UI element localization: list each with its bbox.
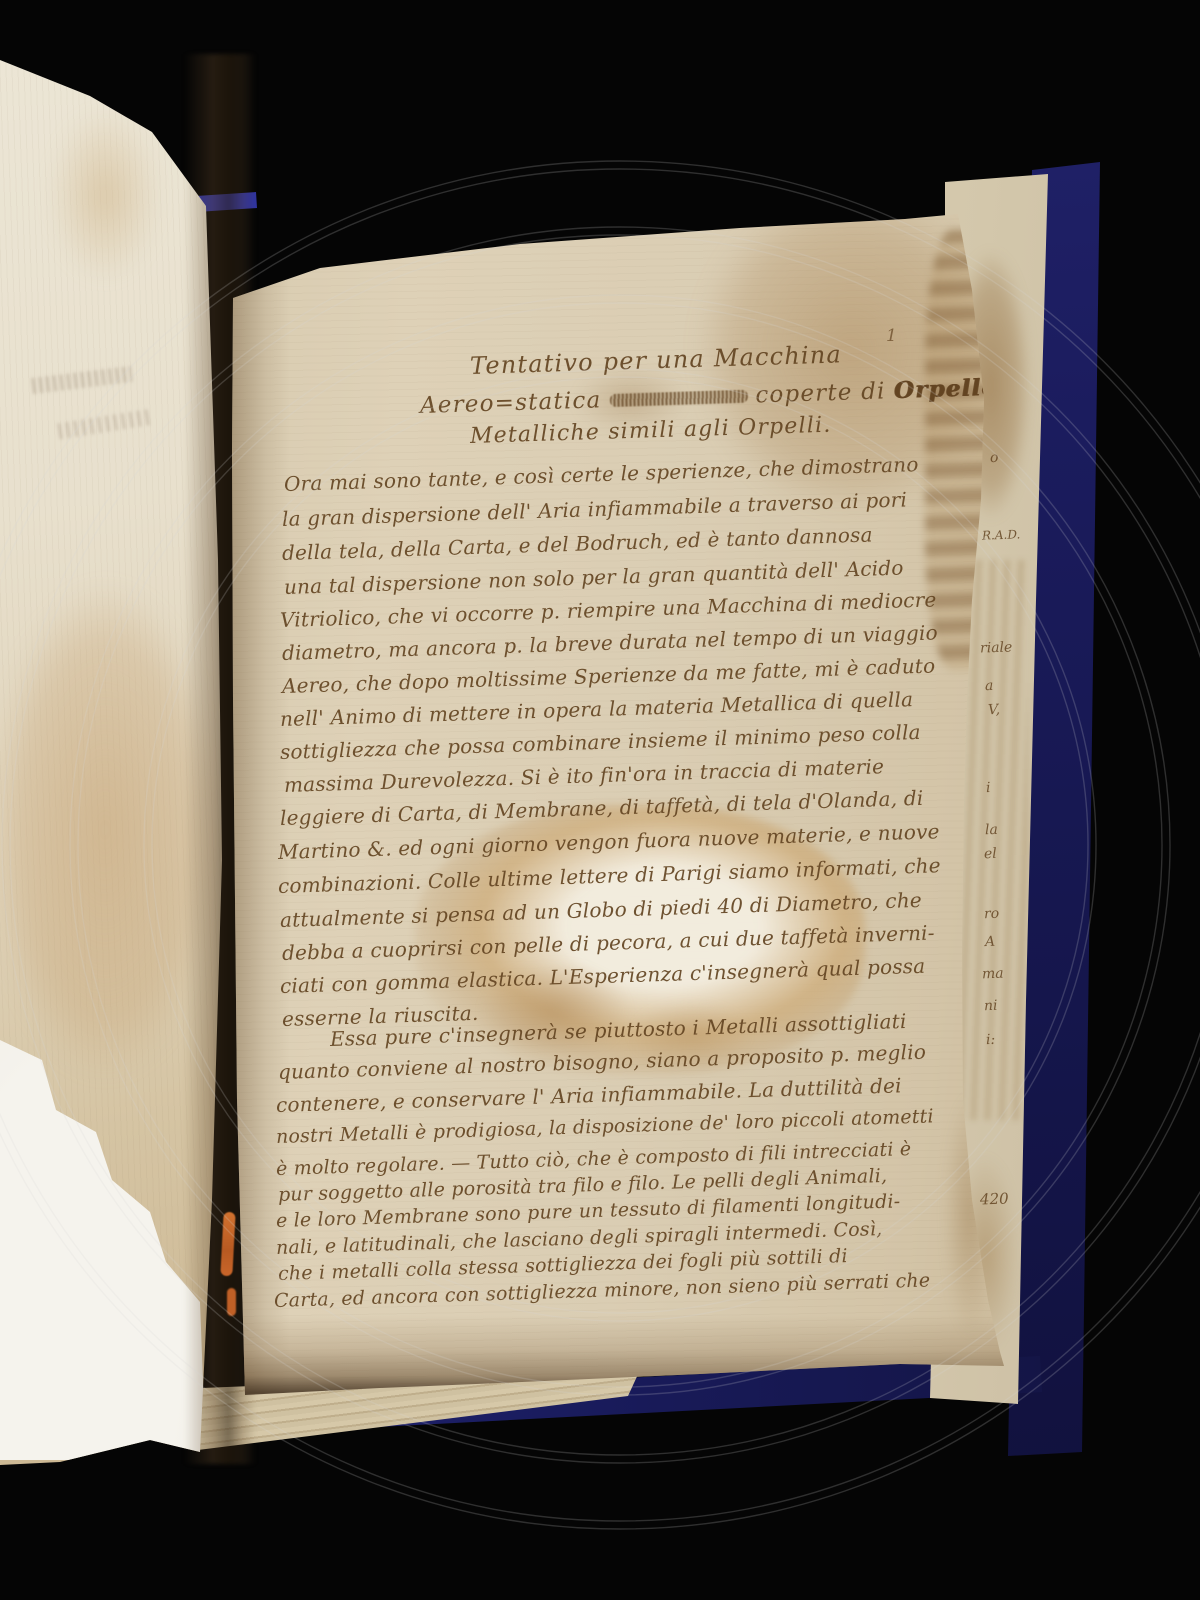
edge-text-fragment: ni — [984, 998, 998, 1014]
manuscript-photo-canvas: { "scene": { "type": "photograph of an o… — [0, 0, 1200, 1600]
edge-text-fragment: A — [985, 934, 996, 950]
stain — [30, 80, 180, 310]
edge-page-number: 420 — [980, 1190, 1009, 1209]
edge-text-fragment: i — [986, 780, 991, 796]
edge-text-fragment: V, — [988, 702, 1001, 718]
edge-text-fragment: riale — [980, 639, 1013, 656]
edge-text-fragment: ro — [984, 906, 1000, 923]
edge-text-fragment: ma — [982, 966, 1004, 983]
edge-text-fragment: el — [984, 846, 997, 862]
red-wax-mark-small — [227, 1288, 236, 1316]
edge-text-fragment: i: — [986, 1032, 996, 1048]
struck-out-word — [609, 390, 747, 407]
title-line-2-mid: coperte di — [755, 378, 886, 408]
edge-text-fragment: la — [985, 822, 998, 838]
edge-text-fragment: R.A.D. — [982, 527, 1021, 542]
folio-number: 1 — [886, 326, 897, 346]
edge-text-fragment: a — [985, 678, 994, 694]
edge-text-fragment: o — [990, 450, 999, 466]
